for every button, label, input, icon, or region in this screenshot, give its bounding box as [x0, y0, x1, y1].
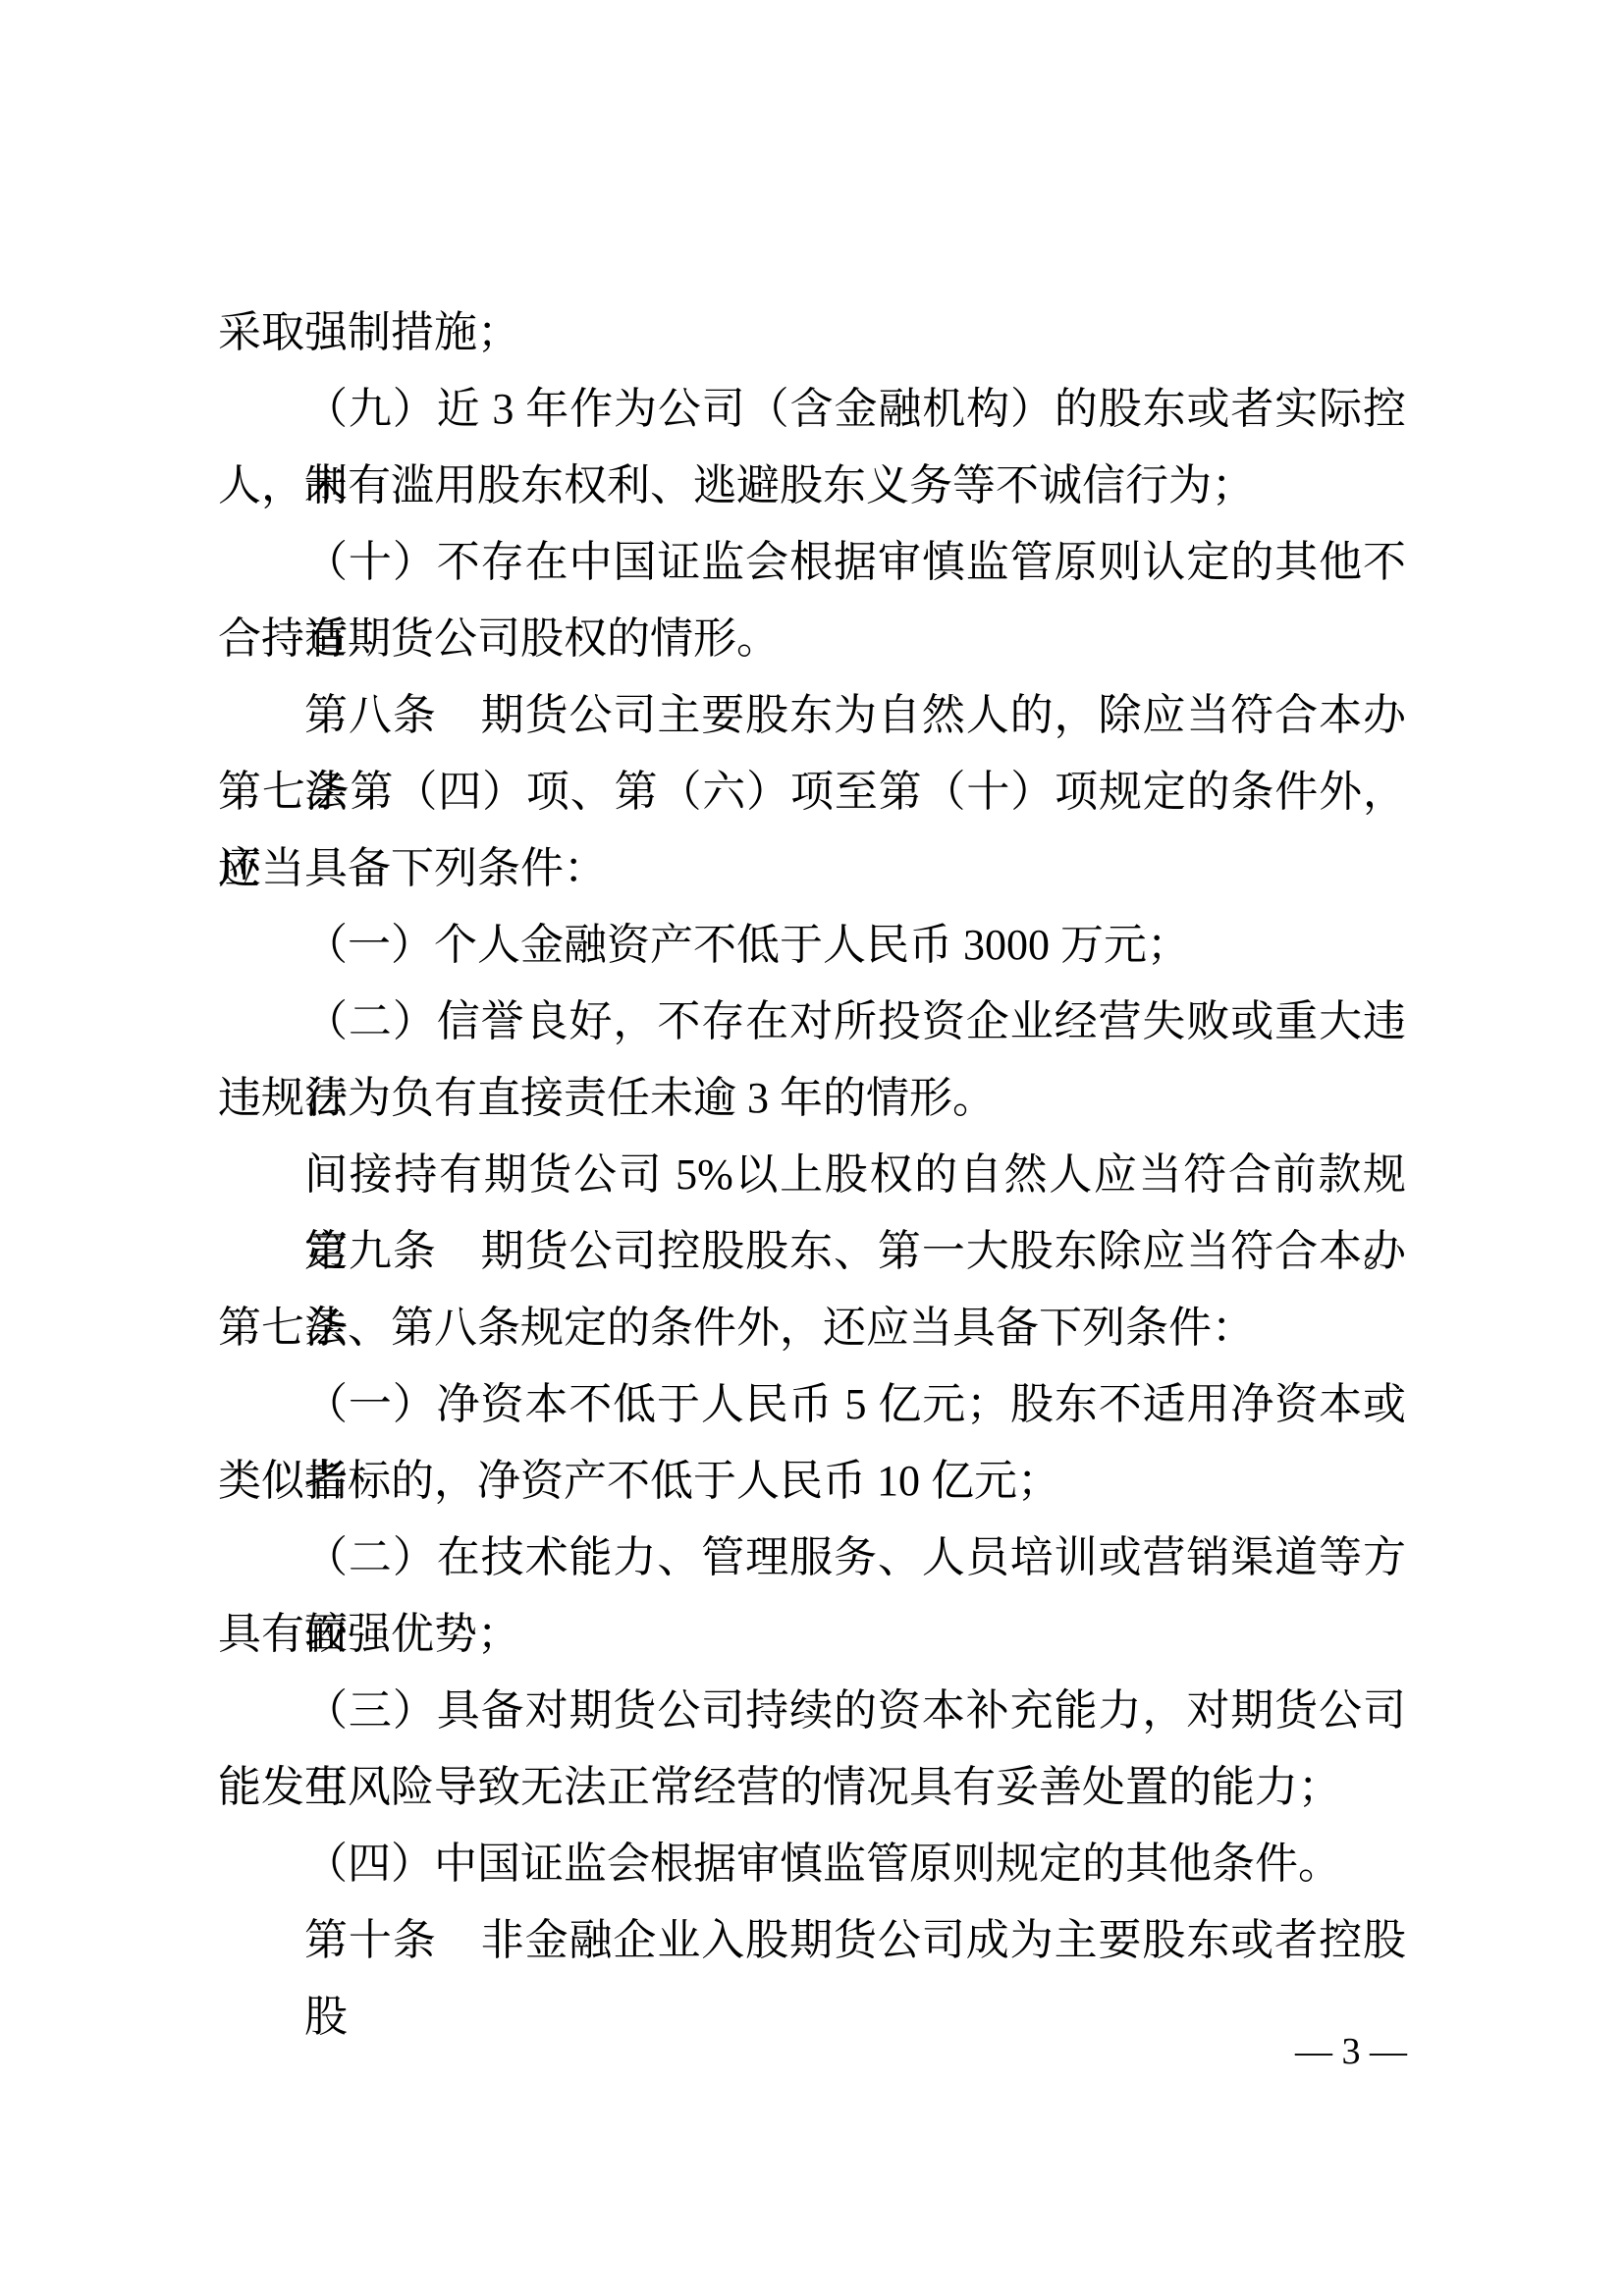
- text-line: 违规行为负有直接责任未逾 3 年的情形。: [218, 1060, 1406, 1137]
- text-line: 类似指标的，净资产不低于人民币 10 亿元；: [218, 1443, 1406, 1520]
- text-line: （三）具备对期货公司持续的资本补充能力，对期货公司可: [218, 1673, 1406, 1749]
- text-line: （十）不存在中国证监会根据审慎监管原则认定的其他不适: [218, 524, 1406, 601]
- document-page: 采取强制措施； （九）近 3 年作为公司（含金融机构）的股东或者实际控制 人，未…: [0, 0, 1624, 2296]
- text-line: （二）在技术能力、管理服务、人员培训或营销渠道等方面: [218, 1520, 1406, 1596]
- text-line: 第八条 期货公司主要股东为自然人的，除应当符合本办法: [218, 677, 1406, 754]
- text-line: （四）中国证监会根据审慎监管原则规定的其他条件。: [218, 1826, 1406, 1902]
- text-line: （九）近 3 年作为公司（含金融机构）的股东或者实际控制: [218, 371, 1406, 448]
- text-line: 第七条第（四）项、第（六）项至第（十）项规定的条件外，还: [218, 754, 1406, 830]
- text-line: （一）净资本不低于人民币 5 亿元；股东不适用净资本或者: [218, 1366, 1406, 1443]
- page-number: — 3 —: [1295, 2030, 1407, 2073]
- text-line: 第七条、第八条规定的条件外，还应当具备下列条件：: [218, 1290, 1406, 1366]
- text-line: 能发生风险导致无法正常经营的情况具有妥善处置的能力；: [218, 1749, 1406, 1826]
- text-line: （一）个人金融资产不低于人民币 3000 万元；: [218, 907, 1406, 984]
- text-line: 应当具备下列条件：: [218, 830, 1406, 907]
- text-line: 合持有期货公司股权的情形。: [218, 601, 1406, 677]
- text-line: 具有较强优势；: [218, 1596, 1406, 1673]
- document-text-block: 采取强制措施； （九）近 3 年作为公司（含金融机构）的股东或者实际控制 人，未…: [218, 294, 1406, 1979]
- text-line: 间接持有期货公司 5%以上股权的自然人应当符合前款规定。: [218, 1137, 1406, 1213]
- text-line: 第九条 期货公司控股股东、第一大股东除应当符合本办法: [218, 1213, 1406, 1290]
- text-line: 采取强制措施；: [218, 294, 1406, 371]
- text-line: 人，未有滥用股东权利、逃避股东义务等不诚信行为；: [218, 448, 1406, 524]
- text-line: 第十条 非金融企业入股期货公司成为主要股东或者控股股: [218, 1902, 1406, 1979]
- text-line: （二）信誉良好，不存在对所投资企业经营失败或重大违法: [218, 984, 1406, 1060]
